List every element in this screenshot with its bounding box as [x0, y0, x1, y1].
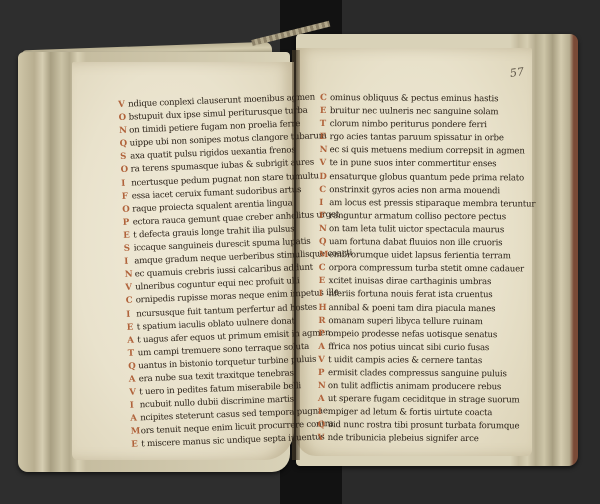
rubricated-initial: V [319, 157, 329, 170]
line-text: nde tribunicia plebeius signifer arce [328, 432, 479, 446]
rubricated-initial: I [124, 256, 134, 269]
rubricated-initial: Q [120, 138, 130, 151]
rubricated-initial: M [319, 249, 329, 262]
rubricated-initial: F [319, 210, 329, 223]
rubricated-initial: O [119, 112, 129, 125]
rubricated-initial: Q [318, 419, 328, 432]
rubricated-initial: Q [319, 236, 329, 249]
text-line: Vnde tribunicia plebeius signifer arce [318, 432, 534, 447]
rubricated-initial: C [126, 295, 136, 308]
line-text: bruitur nec uulneris nec sanguine solam [330, 105, 499, 119]
folio-number: 57 [509, 65, 525, 80]
rubricated-initial: A [130, 413, 140, 426]
rubricated-initial: N [318, 380, 328, 393]
rubricated-initial: O [121, 164, 131, 177]
rubricated-initial: N [119, 125, 129, 138]
rubricated-initial: I [130, 400, 140, 413]
line-text: embrorumque uidet lapsus ferientia terra… [329, 249, 511, 263]
line-text: ut sperare fugam ceciditque in strage su… [328, 393, 520, 407]
line-text: uam fortuna dabat fluuios non ille cruor… [329, 236, 503, 250]
rubricated-initial: A [318, 341, 328, 354]
rubricated-initial: P [318, 328, 328, 341]
rubricated-initial: C [319, 262, 329, 275]
rubricated-initial: I [126, 308, 136, 321]
rubricated-initial: P [123, 216, 133, 229]
rubricated-initial: D [319, 171, 329, 184]
rubricated-initial: M [131, 426, 141, 439]
rubricated-initial: A [318, 393, 328, 406]
line-text: rgo acies tantas paruum spissatur in orb… [330, 131, 504, 145]
line-text: t uidit campis acies & cernere tantas [328, 354, 482, 368]
rubricated-initial: E [127, 321, 137, 334]
rubricated-initial: E [319, 275, 329, 288]
rubricated-initial: Q [128, 360, 138, 373]
rubricated-initial: V [129, 386, 139, 399]
rubricated-initial: T [320, 118, 330, 131]
line-text: ec si quis metuens medium correpsit in a… [330, 144, 525, 158]
right-page-text-column: Cominus obliquus & pectus eminus hastisE… [318, 92, 537, 447]
rubricated-initial: I [318, 406, 328, 419]
line-text: uid nunc rostra tibi prosunt turbata for… [328, 419, 520, 433]
line-text: on tam leta tulit uictor spectacula maur… [329, 223, 504, 237]
line-text: on tulit adflictis animam producere rebu… [328, 380, 501, 394]
rubricated-initial: V [318, 354, 328, 367]
line-text: mpiger ad letum & fortis uirtute coacta [328, 406, 493, 420]
rubricated-initial: E [123, 229, 133, 242]
rubricated-initial: I [319, 197, 329, 210]
rubricated-initial: V [125, 282, 135, 295]
rubricated-initial: A [129, 373, 139, 386]
line-text: ranguntur armatum colliso pectore pectus [329, 210, 506, 224]
rubricated-initial: N [125, 269, 135, 282]
rubricated-initial: S [124, 243, 134, 256]
rubricated-initial: P [318, 367, 328, 380]
rubricated-initial: N [320, 144, 330, 157]
line-text: ermisit clades compressus sanguine pului… [328, 367, 507, 381]
rubricated-initial: E [320, 131, 330, 144]
line-text: te in pune suos inter commertitur enses [329, 158, 496, 172]
line-text: ffrica nos potius uincat sibi curio fusa… [328, 341, 489, 355]
line-text: omanam superi libyca tellure ruinam [328, 315, 482, 329]
line-text: onstrinxit gyros acies non arma mouendi [329, 184, 500, 198]
line-text: clorum nimbo periturus pondere ferri [330, 118, 487, 132]
rubricated-initial: E [131, 439, 141, 452]
rubricated-initial: O [122, 203, 132, 216]
line-text: nferiis fortuna nouis ferat ista cruentu… [329, 288, 493, 302]
rubricated-initial: S [120, 151, 130, 164]
rubricated-initial: E [320, 105, 330, 118]
rubricated-initial: A [127, 334, 137, 347]
line-text: ensaturque globus quantum pede prima rel… [329, 171, 524, 185]
rubricated-initial: C [319, 184, 329, 197]
rubricated-initial: F [122, 190, 132, 203]
line-text: xcitet inuisas dirae carthaginis umbras [329, 275, 492, 289]
rubricated-initial: V [118, 99, 128, 112]
line-text: ompeio prodesse nefas uotisque senatus [328, 328, 497, 342]
rubricated-initial: T [128, 347, 138, 360]
rubricated-initial: I [319, 288, 329, 301]
line-text: annibal & poeni tam dira piacula manes [328, 302, 495, 316]
rubricated-initial: I [121, 177, 131, 190]
line-text: orpora compressum turba stetit omne cada… [329, 262, 524, 276]
rubricated-initial: R [318, 315, 328, 328]
rubricated-initial: H [318, 301, 328, 314]
rubricated-initial: C [320, 92, 330, 105]
rubricated-initial: N [319, 223, 329, 236]
rubricated-initial: V [318, 432, 328, 445]
line-text: ominus obliquus & pectus eminus hastis [330, 92, 498, 106]
